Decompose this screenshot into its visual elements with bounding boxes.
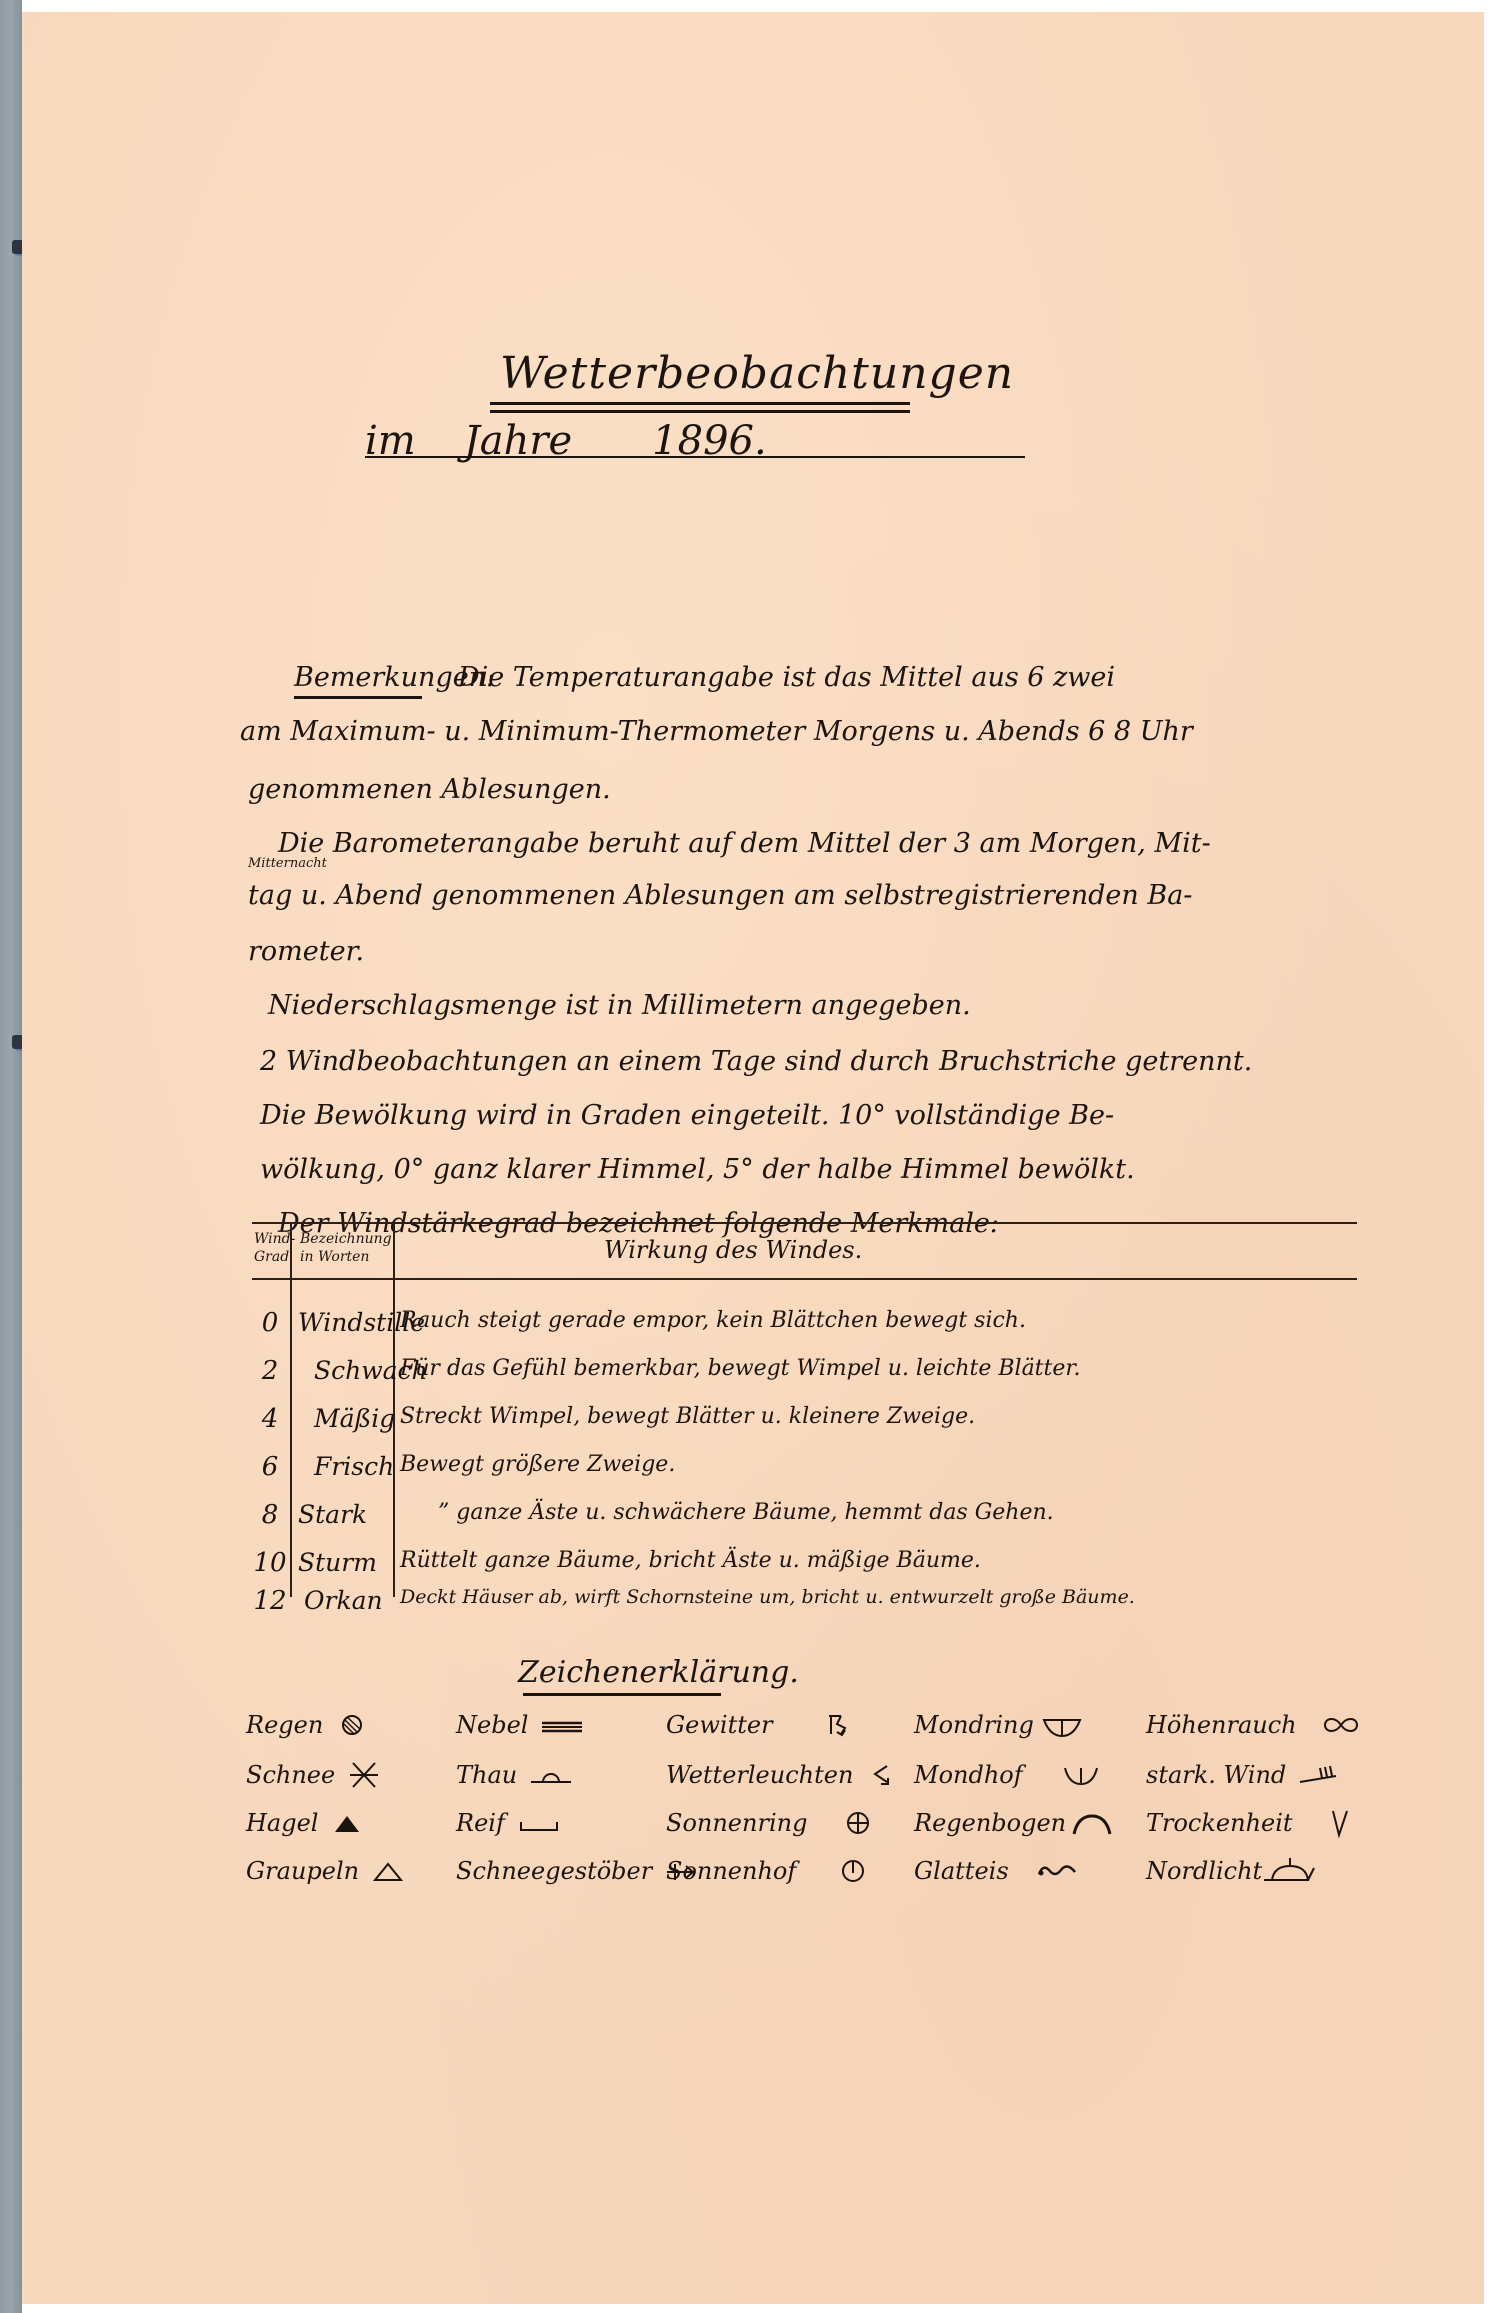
heat-lightning-icon — [865, 1760, 899, 1790]
cell-grade: 8 — [252, 1500, 288, 1530]
thunderstorm-icon — [821, 1710, 855, 1740]
remark-line: Niederschlagsmenge ist in Millimetern an… — [268, 990, 971, 1022]
cell-effect: Für das Gefühl bemerkbar, bewegt Wimpel … — [400, 1356, 1080, 1381]
legend-label: Glatteis — [914, 1857, 1009, 1885]
table-row: 4 Mäßig Streckt Wimpel, bewegt Blätter u… — [252, 1404, 1357, 1452]
strong-wind-icon — [1298, 1760, 1338, 1790]
legend-label: Schneegestöber — [456, 1857, 652, 1885]
remark-line: rometer. — [248, 936, 364, 968]
legend-item: Thau — [456, 1753, 573, 1797]
document-title: Wetterbeobachtungen — [500, 348, 1014, 399]
legend-label: Schnee — [246, 1761, 335, 1789]
binding-strip — [0, 0, 22, 2313]
cell-grade: 2 — [252, 1356, 288, 1386]
legend-label: Reif — [456, 1809, 505, 1837]
hail-filled-triangle-icon — [330, 1808, 364, 1838]
legend-item: Regen — [246, 1703, 369, 1747]
legend-title-underline — [523, 1693, 721, 1696]
header-grade: Wind- Grad — [254, 1230, 295, 1266]
graupel-open-triangle-icon — [371, 1856, 405, 1886]
subtitle-underline — [365, 456, 1025, 458]
solar-corona-icon — [836, 1856, 870, 1886]
legend-item: Schnee — [246, 1753, 381, 1797]
legend-item: Sonnenring — [666, 1801, 875, 1845]
legend-item: Reif — [456, 1801, 561, 1845]
legend-item: Wetterleuchten — [666, 1753, 899, 1797]
legend-item: Glatteis — [914, 1849, 1079, 1893]
legend-item: Nordlicht — [1146, 1849, 1316, 1893]
marginal-note: Mitternacht — [248, 856, 327, 871]
table-row: 2 Schwach Für das Gefühl bemerkbar, bewe… — [252, 1356, 1357, 1404]
title-double-underline — [490, 410, 910, 413]
dew-arc-icon — [529, 1760, 573, 1790]
legend-label: Höhenrauch — [1146, 1711, 1297, 1739]
solar-halo-icon — [841, 1808, 875, 1838]
cell-effect: ” ganze Äste u. schwächere Bäume, hemmt … — [438, 1500, 1054, 1525]
cell-name: Orkan — [304, 1586, 383, 1615]
legend-item: Schneegestöber — [456, 1849, 698, 1893]
legend-label: Graupeln — [246, 1857, 359, 1885]
legend-item: Sonnenhof — [666, 1849, 870, 1893]
legend-label: Nordlicht — [1146, 1857, 1262, 1885]
cell-effect: Streckt Wimpel, bewegt Blätter u. kleine… — [400, 1404, 975, 1429]
table-top-rule — [252, 1222, 1357, 1224]
dryness-v-icon — [1323, 1808, 1357, 1838]
legend-label: Sonnenring — [666, 1809, 807, 1837]
glaze-ice-icon — [1035, 1856, 1079, 1886]
remark-line: Die Temperaturangabe ist das Mittel aus … — [458, 662, 1115, 694]
remark-line: Die Barometerangabe beruht auf dem Mitte… — [278, 828, 1211, 860]
remark-line: tag u. Abend genommenen Ablesungen am se… — [248, 880, 1192, 912]
legend-item: Trockenheit — [1146, 1801, 1357, 1845]
legend-title: Zeichenerklärung. — [518, 1655, 799, 1690]
snow-star-icon — [347, 1760, 381, 1790]
legend-label: Sonnenhof — [666, 1857, 796, 1885]
remark-line: am Maximum- u. Minimum-Thermometer Morge… — [240, 716, 1193, 748]
legend-item: Mondring — [914, 1703, 1084, 1747]
rain-hatched-circle-icon — [335, 1710, 369, 1740]
cell-effect: Rauch steigt gerade empor, kein Blättche… — [400, 1308, 1026, 1333]
cell-grade: 10 — [252, 1548, 288, 1578]
legend-label: Gewitter — [666, 1711, 773, 1739]
legend-label: Regenbogen — [914, 1809, 1066, 1837]
legend-item: Graupeln — [246, 1849, 405, 1893]
legend-label: Trockenheit — [1146, 1809, 1293, 1837]
remarks-heading-underline — [294, 696, 422, 699]
haze-infinity-icon — [1321, 1710, 1361, 1740]
lunar-halo-icon — [1040, 1710, 1084, 1740]
aurora-icon — [1262, 1856, 1316, 1886]
cell-effect: Bewegt größere Zweige. — [400, 1452, 675, 1477]
remark-line: wölkung, 0° ganz klarer Himmel, 5° der h… — [260, 1154, 1135, 1186]
cell-grade: 6 — [252, 1452, 288, 1482]
legend-item: Nebel — [456, 1703, 584, 1747]
legend-label: Regen — [246, 1711, 323, 1739]
rainbow-arc-icon — [1070, 1808, 1114, 1838]
table-row: 12 Orkan Deckt Häuser ab, wirft Schornst… — [252, 1586, 1357, 1634]
cell-grade: 4 — [252, 1404, 288, 1434]
legend-label: Mondhof — [914, 1761, 1023, 1789]
legend-label: Mondring — [914, 1711, 1034, 1739]
legend-item: Hagel — [246, 1801, 364, 1845]
symbol-legend: Regen Schnee Hagel Graupeln Nebel Thau — [246, 1703, 1396, 1903]
header-name: Bezeichnung in Worten — [300, 1230, 392, 1266]
legend-label: Thau — [456, 1761, 517, 1789]
cell-grade: 0 — [252, 1308, 288, 1338]
table-row: 0 Windstille Rauch steigt gerade empor, … — [252, 1308, 1357, 1356]
cell-effect: Rüttelt ganze Bäume, bricht Äste u. mäßi… — [400, 1548, 981, 1573]
header-effect: Wirkung des Windes. — [604, 1236, 862, 1264]
remark-line: 2 Windbeobachtungen an einem Tage sind d… — [260, 1046, 1252, 1078]
title-double-underline — [490, 402, 910, 405]
legend-item: Höhenrauch — [1146, 1703, 1361, 1747]
legend-label: Hagel — [246, 1809, 318, 1837]
cell-name: Mäßig — [314, 1404, 395, 1433]
lunar-corona-icon — [1059, 1760, 1103, 1790]
legend-item: Mondhof — [914, 1753, 1103, 1797]
table-row: 6 Frisch Bewegt größere Zweige. — [252, 1452, 1357, 1500]
table-row: 8 Stark ” ganze Äste u. schwächere Bäume… — [252, 1500, 1357, 1548]
legend-item: Regenbogen — [914, 1801, 1114, 1845]
fog-lines-icon — [540, 1710, 584, 1740]
legend-item: Gewitter — [666, 1703, 855, 1747]
table-header-rule — [252, 1278, 1357, 1280]
remark-line: genommenen Ablesungen. — [248, 774, 611, 806]
legend-label: Wetterleuchten — [666, 1761, 853, 1789]
cell-grade: 12 — [252, 1586, 288, 1616]
cell-effect: Deckt Häuser ab, wirft Schornsteine um, … — [400, 1586, 1135, 1608]
hoarfrost-bracket-icon — [517, 1808, 561, 1838]
legend-label: Nebel — [456, 1711, 528, 1739]
cell-name: Stark — [298, 1500, 367, 1529]
legend-label: stark. Wind — [1146, 1761, 1286, 1789]
cell-name: Sturm — [298, 1548, 377, 1577]
legend-item: stark. Wind — [1146, 1753, 1338, 1797]
cell-name: Frisch — [314, 1452, 394, 1481]
remark-line: Die Bewölkung wird in Graden eingeteilt.… — [260, 1100, 1114, 1132]
